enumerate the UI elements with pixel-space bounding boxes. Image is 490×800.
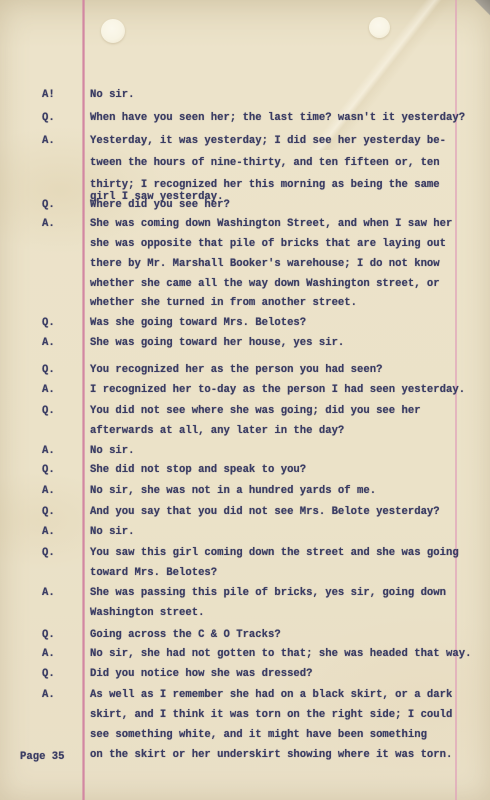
line-text: When have you seen her; the last time? w… [90, 112, 465, 125]
transcript-line: whether she turned in from another stree… [0, 297, 490, 317]
transcript-line: A.She was passing this pile of bricks, y… [0, 587, 490, 607]
transcript-line: there by Mr. Marshall Booker's warehouse… [0, 258, 490, 278]
transcript-line: A.She was coming down Washington Street,… [0, 218, 490, 238]
line-text: see something white, and it might have b… [90, 729, 427, 742]
line-text: on the skirt or her underskirt showing w… [90, 749, 452, 762]
transcript-line: whether she came all the way down Washin… [0, 278, 490, 297]
line-text: As well as I remember she had on a black… [90, 689, 452, 702]
transcript-line: tween the hours of nine-thirty, and ten … [0, 157, 490, 179]
line-text: there by Mr. Marshall Booker's warehouse… [90, 258, 440, 271]
transcript-line: A!No sir. [0, 89, 490, 112]
transcript-line: afterwards at all, any later in the day? [0, 425, 490, 445]
speaker-marker: A. [42, 337, 55, 350]
line-text: She was going toward her house, yes sir. [90, 337, 344, 350]
speaker-marker: A. [42, 485, 55, 498]
punch-hole-left [101, 19, 125, 43]
transcript-line: A.No sir. [0, 445, 490, 464]
transcript-line: A.No sir. [0, 526, 490, 547]
line-text: She did not stop and speak to you? [90, 464, 306, 477]
line-text: Was she going toward Mrs. Belotes? [90, 317, 306, 330]
transcript-line: Q.She did not stop and speak to you? [0, 464, 490, 485]
transcript-line: Q.You did not see where she was going; d… [0, 405, 490, 425]
speaker-marker: A. [42, 384, 55, 397]
transcript-line: Q.When have you seen her; the last time?… [0, 112, 490, 135]
line-text: No sir. [90, 445, 135, 458]
line-text: And you say that you did not see Mrs. Be… [90, 506, 440, 519]
line-text: You recognized her as the person you had… [90, 364, 382, 377]
transcript-line: Q.You recognized her as the person you h… [0, 364, 490, 384]
photo-corner-notch [470, 0, 490, 18]
line-text: Washington street. [90, 607, 204, 620]
line-text: toward Mrs. Belotes? [90, 567, 217, 580]
scanned-document-page: A!No sir.Q.When have you seen her; the l… [0, 0, 490, 800]
transcript-line: Q.Going across the C & O Tracks? [0, 629, 490, 648]
speaker-marker: A! [42, 89, 55, 102]
line-text: Where did you see her? [90, 199, 230, 212]
transcript-line: Q.Where did you see her? [0, 199, 490, 218]
transcript-line: thirty; I recognized her this morning as… [0, 179, 490, 191]
line-text: whether she came all the way down Washin… [90, 278, 440, 291]
line-text: No sir, she had not gotten to that; she … [90, 648, 471, 661]
speaker-marker: A. [42, 587, 55, 600]
line-text: Yesterday, it was yesterday; I did see h… [90, 135, 446, 148]
line-text: she was opposite that pile of bricks tha… [90, 238, 446, 251]
transcript: A!No sir.Q.When have you seen her; the l… [0, 89, 490, 769]
line-text: No sir. [90, 526, 135, 539]
speaker-marker: A. [42, 218, 55, 231]
speaker-marker: A. [42, 648, 55, 661]
page-number-label: Page 35 [20, 751, 65, 764]
line-text: tween the hours of nine-thirty, and ten … [90, 157, 440, 170]
line-text: No sir. [90, 89, 135, 102]
speaker-marker: Q. [42, 317, 55, 330]
speaker-marker: A. [42, 526, 55, 539]
speaker-marker: A. [42, 445, 55, 458]
transcript-line: see something white, and it might have b… [0, 729, 490, 749]
speaker-marker: Q. [42, 405, 55, 418]
transcript-line: A.I recognized her to-day as the person … [0, 384, 490, 405]
transcript-line: Q.You saw this girl coming down the stre… [0, 547, 490, 567]
transcript-line: Washington street. [0, 607, 490, 629]
transcript-line: A.She was going toward her house, yes si… [0, 337, 490, 364]
line-text: Going across the C & O Tracks? [90, 629, 281, 642]
line-text: afterwards at all, any later in the day? [90, 425, 344, 438]
speaker-marker: Q. [42, 506, 55, 519]
line-text: You saw this girl coming down the street… [90, 547, 459, 560]
speaker-marker: Q. [42, 547, 55, 560]
speaker-marker: Q. [42, 464, 55, 477]
line-text: skirt, and I think it was torn on the ri… [90, 709, 452, 722]
line-text: I recognized her to-day as the person I … [90, 384, 465, 397]
speaker-marker: A. [42, 689, 55, 702]
line-text: She was coming down Washington Street, a… [90, 218, 452, 231]
transcript-line: toward Mrs. Belotes? [0, 567, 490, 587]
line-text: whether she turned in from another stree… [90, 297, 357, 310]
transcript-line: A.Yesterday, it was yesterday; I did see… [0, 135, 490, 157]
transcript-line: A.No sir, she had not gotten to that; sh… [0, 648, 490, 668]
transcript-line: girl I saw yesterday. [0, 191, 490, 199]
transcript-line: skirt, and I think it was torn on the ri… [0, 709, 490, 729]
line-text: She was passing this pile of bricks, yes… [90, 587, 446, 600]
transcript-line: Q.And you say that you did not see Mrs. … [0, 506, 490, 526]
line-text: No sir, she was not in a hundred yards o… [90, 485, 376, 498]
speaker-marker: Q. [42, 668, 55, 681]
transcript-line: A.As well as I remember she had on a bla… [0, 689, 490, 709]
speaker-marker: Q. [42, 199, 55, 212]
transcript-line: on the skirt or her underskirt showing w… [0, 749, 490, 769]
punch-hole-right [369, 17, 390, 38]
speaker-marker: Q. [42, 629, 55, 642]
speaker-marker: Q. [42, 112, 55, 125]
speaker-marker: Q. [42, 364, 55, 377]
speaker-marker: A. [42, 135, 55, 148]
line-text: You did not see where she was going; did… [90, 405, 421, 418]
transcript-line: Q.Was she going toward Mrs. Belotes? [0, 317, 490, 337]
transcript-line: A.No sir, she was not in a hundred yards… [0, 485, 490, 506]
transcript-line: Q.Did you notice how she was dressed? [0, 668, 490, 689]
transcript-line: she was opposite that pile of bricks tha… [0, 238, 490, 258]
line-text: Did you notice how she was dressed? [90, 668, 313, 681]
